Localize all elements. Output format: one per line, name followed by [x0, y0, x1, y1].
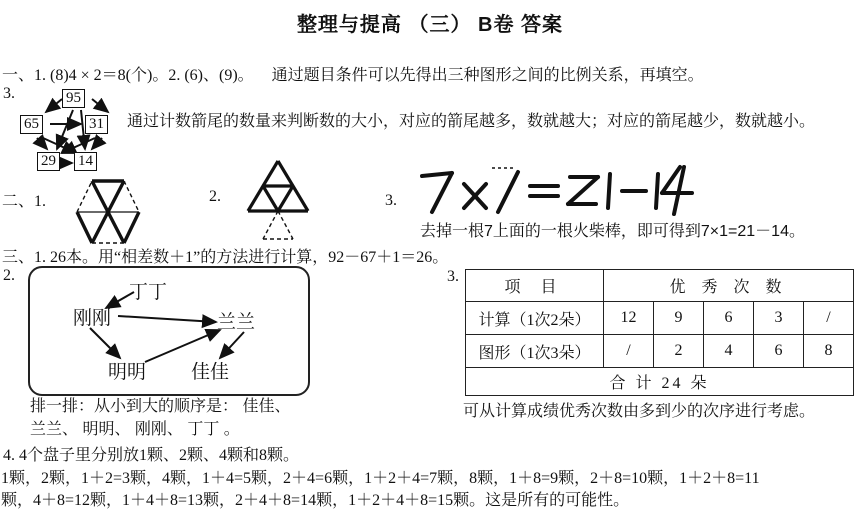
q4-line3: 颗，4＋8=12颗，1＋4＋8=13颗，2＋4＋8=14颗，1＋2＋4＋8=15…: [1, 487, 629, 510]
section3-q1: 三、1. 26本。用“相差数＋1”的方法进行计算，92－67＋1＝26。: [2, 244, 448, 267]
section3-label2: 2.: [3, 267, 15, 285]
section2-label3: 3.: [385, 192, 397, 210]
table-cell: 6: [754, 335, 804, 368]
name-ganggang: 刚刚: [73, 307, 111, 329]
table-cell: 3: [754, 302, 804, 335]
section2-q3-note: 去掉一根7上面的一根火柴棒，即可得到7×1=21－14。: [420, 218, 805, 241]
name-relation-diagram: 丁丁 刚刚 兰兰 明明 佳佳: [28, 266, 310, 396]
worksheet-page: 整理与提高 （三） B卷 答案 一、1. (8)4 × 2＝8(个)。2. (6…: [0, 0, 860, 517]
table-cell: 2: [654, 335, 704, 368]
q4-line1: 4. 4个盘子里分别放1颗、2颗、4颗和8颗。: [3, 442, 299, 465]
name-relation-svg: 丁丁 刚刚 兰兰 明明 佳佳: [30, 268, 308, 394]
q4-line2: 1颗，2颗，1＋2=3颗，4颗，1＋4=5颗，2＋4=6颗，1＋2＋4=7颗，8…: [1, 465, 760, 488]
table-cell: 9: [654, 302, 704, 335]
table-footer-total: 合 计 24 朵: [466, 368, 854, 396]
table-cell: 8: [804, 335, 854, 368]
section2-label1: 二、1.: [2, 188, 46, 211]
number-box-95: 95: [62, 89, 85, 108]
section1-q3-note: 通过计数箭尾的数量来判断数的大小，对应的箭尾越多，数就越大；对应的箭尾越少，数就…: [127, 110, 855, 134]
rank-line1: 排一排：从小到大的顺序是： 佳佳、: [30, 395, 370, 418]
score-table: 项 目 优 秀 次 数 计算（1次2朵） 12 9 6 3 / 图形（1次3朵）…: [465, 269, 854, 396]
section1-answers: 一、1. (8)4 × 2＝8(个)。2. (6)、(9)。: [2, 67, 254, 84]
table-header-item: 项 目: [466, 270, 604, 302]
section2-label2: 2.: [209, 188, 221, 206]
table-header-times: 优 秀 次 数: [604, 270, 854, 302]
table-row1-label: 计算（1次2朵）: [466, 302, 604, 335]
number-box-31: 31: [85, 115, 108, 134]
table-note: 可从计算成绩优秀次数由多到少的次序进行考虑。: [463, 398, 815, 421]
table-row2-label: 图形（1次3朵）: [466, 335, 604, 368]
section1-line: 一、1. (8)4 × 2＝8(个)。2. (6)、(9)。 通过题目条件可以先…: [2, 62, 704, 85]
number-arrow-diagram: 95 65 31 29 14: [16, 86, 122, 180]
table-cell: 12: [604, 302, 654, 335]
table-cell: 4: [704, 335, 754, 368]
section1-q3-label: 3.: [3, 85, 15, 103]
name-dingding: 丁丁: [129, 282, 167, 303]
matchstick-equation-figure: [418, 162, 703, 218]
section3-label3: 3.: [447, 268, 459, 286]
number-box-65: 65: [20, 115, 43, 134]
rank-text: 排一排：从小到大的顺序是： 佳佳、 兰兰、 明明、 刚刚、 丁丁 。: [30, 395, 370, 441]
section1-note: 通过题目条件可以先得出三种图形之间的比例关系，再填空。: [272, 67, 704, 84]
name-lanlan: 兰兰: [217, 311, 255, 333]
rank-line2: 兰兰、 明明、 刚刚、 丁丁 。: [30, 418, 370, 441]
name-mingming: 明明: [108, 361, 146, 383]
table-cell: /: [604, 335, 654, 368]
table-cell: /: [804, 302, 854, 335]
name-jiajia: 佳佳: [191, 361, 229, 383]
number-box-14: 14: [74, 152, 97, 171]
page-title: 整理与提高 （三） B卷 答案: [0, 8, 860, 37]
table-cell: 6: [704, 302, 754, 335]
triangle-figure: [243, 157, 313, 245]
number-box-29: 29: [37, 152, 60, 171]
hexagon-triangles-figure: [75, 177, 141, 247]
